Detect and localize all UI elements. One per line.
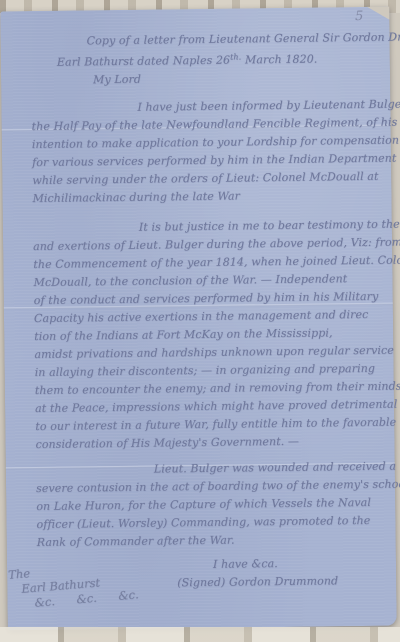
paragraph-2: It is but justice in me to bear testimon… [33, 216, 387, 454]
text-segment: Earl Bathurst dated Naples 26 [57, 54, 230, 69]
handwritten-line: consideration of His Majesty's Governmen… [35, 432, 386, 454]
valediction: I have &ca. [213, 554, 388, 574]
paragraph-3: Lieut. Bulger was wounded and received a… [36, 458, 388, 552]
paragraph-1: I have just been informed by Lieutenant … [31, 96, 383, 208]
scan-background: 5 Copy of a letter from Lieutenant Gener… [0, 0, 400, 642]
page-number: 5 [355, 9, 363, 24]
handwritten-line: Michilimackinac during the late War [32, 186, 383, 208]
heading-line-1: Copy of a letter from Lieutenant General… [86, 29, 381, 51]
letter-page: 5 Copy of a letter from Lieutenant Gener… [0, 7, 397, 631]
signature: (Signed) Gordon Drummond [177, 572, 388, 593]
handwritten-line: Rank of Commander after the War. [37, 530, 388, 552]
address-block: The Earl Bathurst &c. &c. &c. [8, 557, 140, 612]
letter-heading: Copy of a letter from Lieutenant General… [30, 29, 382, 90]
letter-content: Copy of a letter from Lieutenant General… [30, 29, 388, 594]
corner-fold [367, 7, 389, 20]
text-segment: March 1820. [241, 53, 317, 67]
superscript-ordinal: th. [230, 52, 241, 61]
salutation: My Lord [93, 68, 382, 90]
